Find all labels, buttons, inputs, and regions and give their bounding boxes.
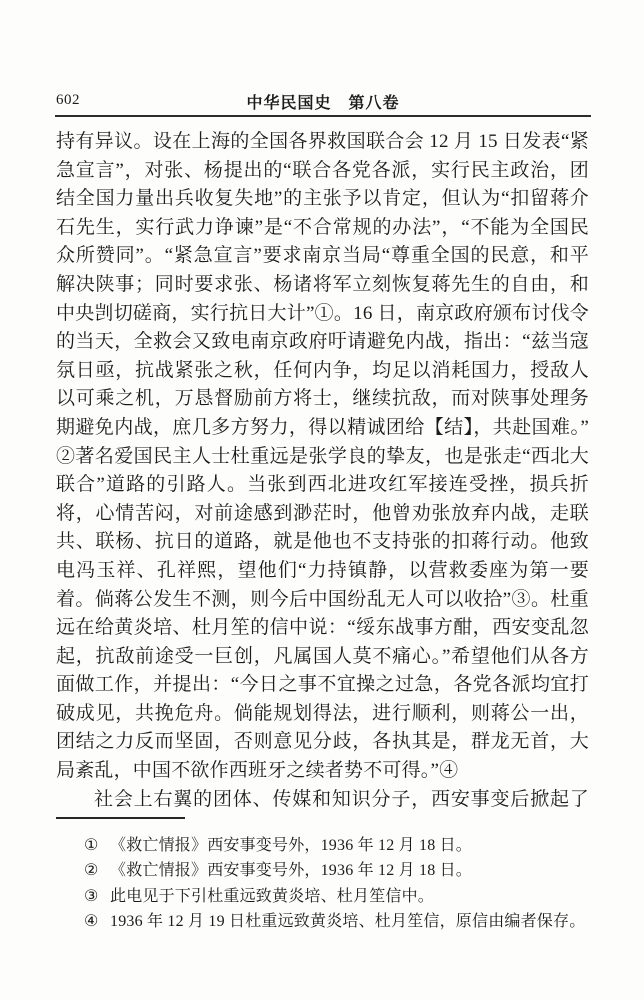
footnote-2-marker: ②: [84, 858, 110, 883]
footnote-4-marker: ④: [84, 909, 110, 934]
body-text: 持有异议。设在上海的全国各界救国联合会 12 月 15 日发表“紧急宣言”，对张…: [56, 128, 589, 812]
footnote-1-marker: ①: [84, 833, 110, 858]
footnote-4: ④ 1936 年 12 月 19 日杜重远致黄炎培、杜月笙信，原信由编者保存。: [84, 909, 596, 934]
paragraph-continuation: 持有异议。设在上海的全国各界救国联合会 12 月 15 日发表“紧急宣言”，对张…: [56, 128, 589, 786]
footnote-4-text: 1936 年 12 月 19 日杜重远致黄炎培、杜月笙信，原信由编者保存。: [110, 909, 596, 934]
book-title: 中华民国史 第八卷: [56, 90, 590, 113]
footnote-3-text: 此电见于下引杜重远致黄炎培、杜月笙信中。: [110, 884, 596, 909]
book-page: 602 中华民国史 第八卷 持有异议。设在上海的全国各界救国联合会 12 月 1…: [0, 0, 644, 1000]
footnote-2: ② 《救亡情报》西安事变号外，1936 年 12 月 18 日。: [84, 858, 596, 883]
header-rule: [55, 115, 591, 117]
paragraph-new: 社会上右翼的团体、传媒和知识分子，西安事变后掀起了一股拥蒋潮流和攻击张、杨的恶浪…: [56, 786, 589, 812]
footnote-1-text: 《救亡情报》西安事变号外，1936 年 12 月 18 日。: [110, 833, 596, 858]
footnote-3: ③ 此电见于下引杜重远致黄炎培、杜月笙信中。: [84, 884, 596, 909]
footnote-2-text: 《救亡情报》西安事变号外，1936 年 12 月 18 日。: [110, 858, 596, 883]
page-number: 602: [56, 92, 80, 109]
footnote-1: ① 《救亡情报》西安事变号外，1936 年 12 月 18 日。: [84, 833, 596, 858]
running-header: 602 中华民国史 第八卷: [56, 90, 590, 112]
footnote-3-marker: ③: [84, 884, 110, 909]
footnotes: ① 《救亡情报》西安事变号外，1936 年 12 月 18 日。 ② 《救亡情报…: [84, 833, 596, 935]
footnote-separator: [56, 817, 185, 819]
